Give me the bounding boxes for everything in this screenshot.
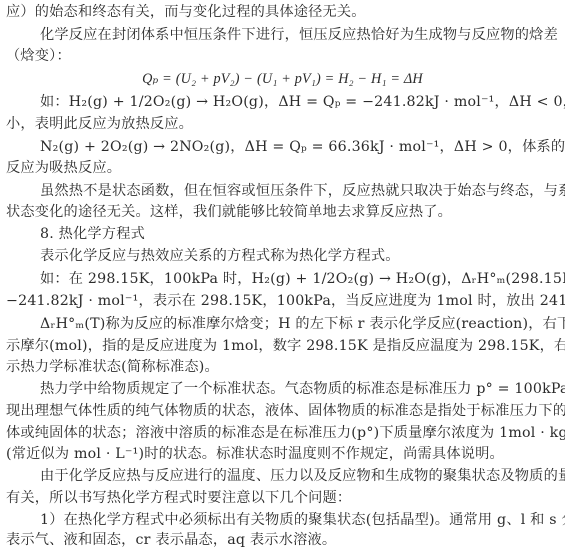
text-line: 现出理想气体性质的纯气体物质的状态，液体、固体物质的标准态是指处于标准压力下的纯… <box>6 401 561 421</box>
text-line: 表示化学反应与热效应关系的方程式称为热化学方程式。 <box>40 246 561 266</box>
list-item-1: 1）在热化学方程式中必须标出有关物质的聚集状态(包括晶型)。通常用 g、l 和 … <box>40 510 561 530</box>
section-heading: 8. 热化学方程式 <box>40 224 561 244</box>
text-line: ΔᵣH°ₘ(T)称为反应的标准摩尔焓变；H 的左下标 r 表示化学反应(reac… <box>40 314 561 334</box>
text-line: N₂(g) + 2O₂(g) → 2NO₂(g)，ΔH = Qₚ = 66.36… <box>40 137 561 157</box>
text-line: 示热力学标准状态(简称标准态)。 <box>6 357 561 377</box>
text-line: 虽然热不是状态函数，但在恒容或恒压条件下，反应热就只取决于始态与终态，与系统 <box>40 181 561 201</box>
text-line: 示摩尔(mol)，指的是反应进度为 1mol，数字 298.15K 是指反应温度… <box>6 336 561 356</box>
text-line: 有关，所以书写热化学方程式时要注意以下几个问题： <box>6 488 561 508</box>
text-line: 化学反应在封闭体系中恒压条件下进行，恒压反应热恰好为生成物与反应物的焓差 <box>40 25 561 45</box>
text-line: 体或纯固体的状态；溶液中溶质的标准态是在标准压力(p°)下质量摩尔浓度为 1mo… <box>6 423 561 443</box>
text-line: 应）的始态和终态有关，而与变化过程的具体途径无关。 <box>6 2 561 22</box>
text-line: 反应为吸热反应。 <box>6 158 561 178</box>
text-line: 如：H₂(g) + 1/2O₂(g) → H₂O(g)，ΔH = Qₚ = −2… <box>40 92 561 112</box>
text-line: 表示气、液和固态，cr 表示晶态，aq 表示水溶液。 <box>6 530 561 550</box>
textbook-page: 应）的始态和终态有关，而与变化过程的具体途径无关。 化学反应在封闭体系中恒压条件… <box>0 0 565 550</box>
text-line: （焓变）： <box>6 46 561 66</box>
text-line: −241.82kJ · mol⁻¹，表示在 298.15K，100kPa，当反应… <box>6 291 561 311</box>
text-line: 如：在 298.15K，100kPa 时，H₂(g) + 1/2O₂(g) → … <box>40 269 561 289</box>
text-line: (常近似为 mol · L⁻¹)时的状态。标准状态时温度则不作规定，尚需具体说明… <box>6 444 561 464</box>
enthalpy-equation: Qₚ = (U₂ + pV₂) − (U₁ + pV₁) = H₂ − H₁ =… <box>0 69 565 89</box>
text-line: 状态变化的途径无关。这样，我们就能够比较简单地去求算反应热了。 <box>6 202 561 222</box>
text-line: 由于化学反应热与反应进行的温度、压力以及反应物和生成物的聚集状态及物质的量等 <box>40 466 561 486</box>
text-line: 小，表明此反应为放热反应。 <box>6 114 561 134</box>
text-line: 热力学中给物质规定了一个标准状态。气态物质的标准态是标准压力 p° = 100k… <box>40 379 561 399</box>
